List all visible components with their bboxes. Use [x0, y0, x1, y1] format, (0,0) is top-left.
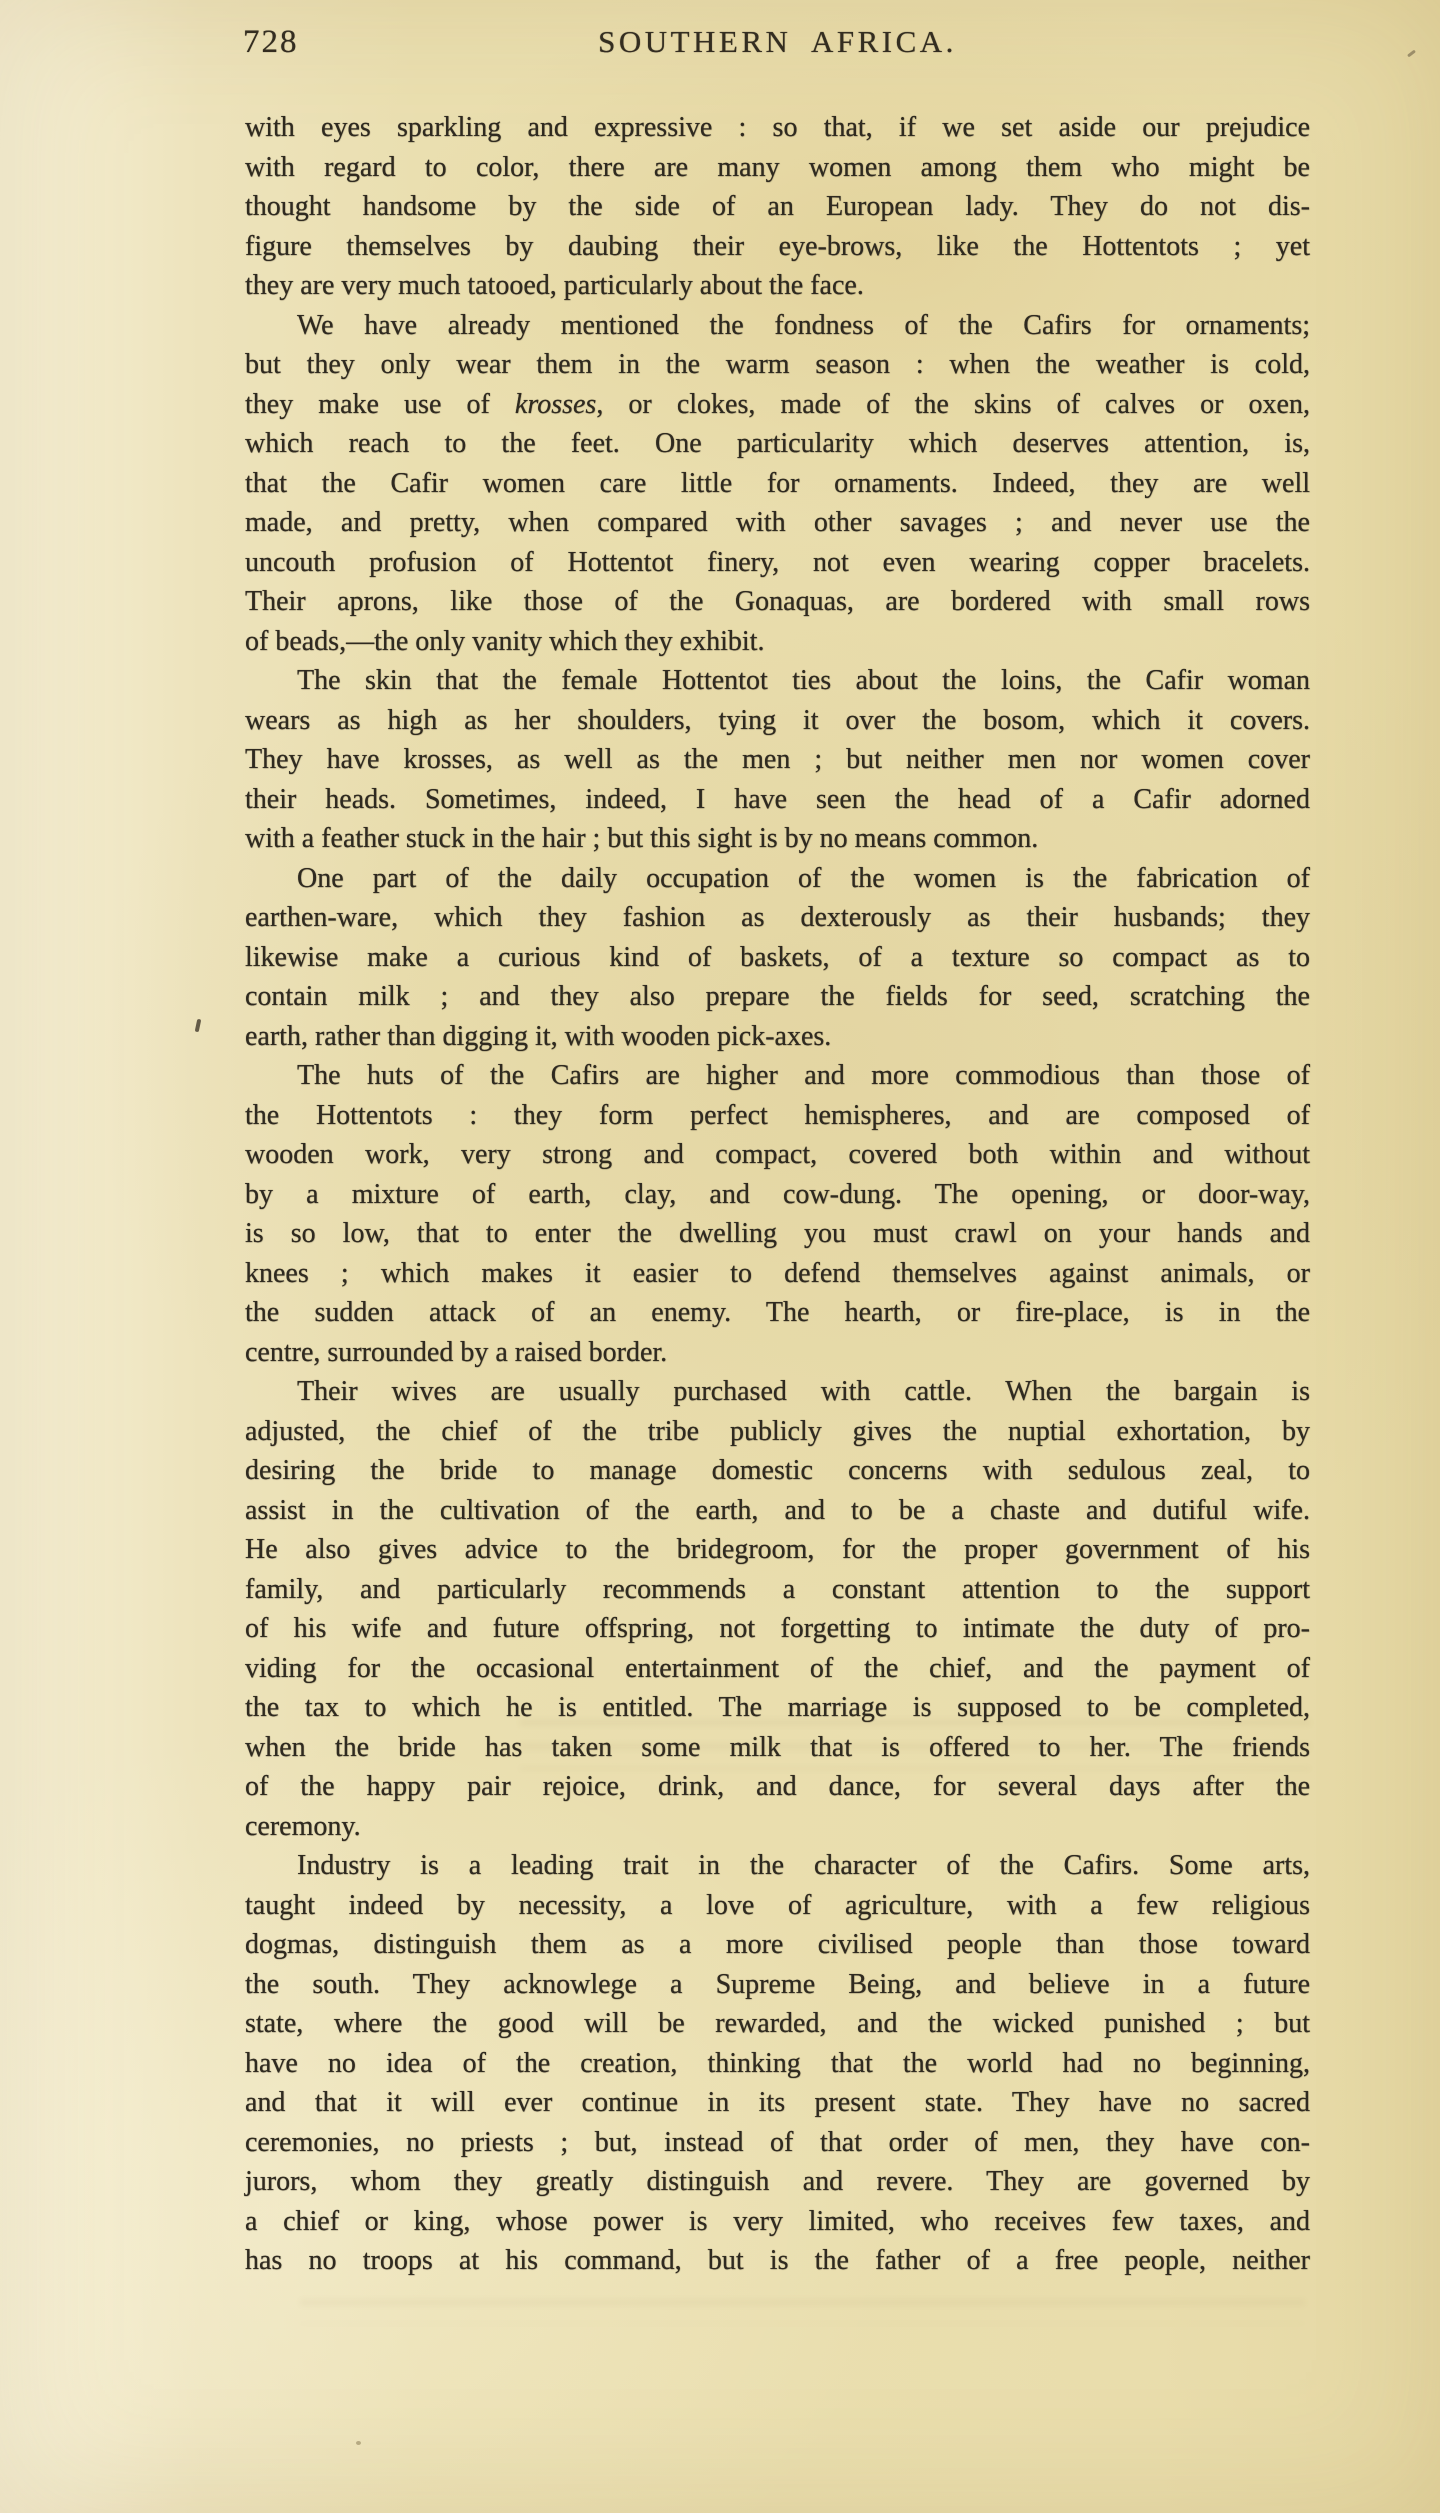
text-line: their heads. Sometimes, indeed, I have s… — [245, 780, 1310, 820]
body-text: with eyes sparkling and expressive : so … — [245, 108, 1310, 2281]
text-line: of the happy pair rejoice, drink, and da… — [245, 1767, 1310, 1807]
text-line: they make use of krosses, or clokes, mad… — [245, 385, 1310, 425]
text-line: He also gives advice to the bridegroom, … — [245, 1530, 1310, 1570]
show-through-smudge — [300, 2292, 1305, 2324]
paragraph: Industry is a leading trait in the chara… — [245, 1846, 1310, 2281]
text-line: that the Cafir women care little for orn… — [245, 464, 1310, 504]
text-line: have no idea of the creation, thinking t… — [245, 2044, 1310, 2084]
text-line: viding for the occasional entertainment … — [245, 1649, 1310, 1689]
text-line: jurors, whom they greatly distinguish an… — [245, 2162, 1310, 2202]
book-page-scan: 728 SOUTHERN AFRICA. with eyes sparkling… — [0, 0, 1440, 2513]
text-line: when the bride has taken some milk that … — [245, 1728, 1310, 1768]
text-line: contain milk ; and they also prepare the… — [245, 977, 1310, 1017]
text-line: figure themselves by daubing their eye-b… — [245, 227, 1310, 267]
text-line: adjusted, the chief of the tribe publicl… — [245, 1412, 1310, 1452]
text-line: of his wife and future offspring, not fo… — [245, 1609, 1310, 1649]
text-line: which reach to the feet. One particulari… — [245, 424, 1310, 464]
text-line: They have krosses, as well as the men ; … — [245, 740, 1310, 780]
text-line: taught indeed by necessity, a love of ag… — [245, 1886, 1310, 1926]
ink-speck — [356, 2441, 361, 2445]
text-line: Their aprons, like those of the Gonaquas… — [245, 582, 1310, 622]
text-line: earth, rather than digging it, with wood… — [245, 1017, 1310, 1057]
ink-speck — [1407, 50, 1416, 58]
paragraph: One part of the daily occupation of the … — [245, 859, 1310, 1057]
text-line: likewise make a curious kind of baskets,… — [245, 938, 1310, 978]
text-line: but they only wear them in the warm seas… — [245, 345, 1310, 385]
text-line: has no troops at his command, but is the… — [245, 2241, 1310, 2281]
text-line: One part of the daily occupation of the … — [245, 859, 1310, 899]
text-line: assist in the cultivation of the earth, … — [245, 1491, 1310, 1531]
text-line: is so low, that to enter the dwelling yo… — [245, 1214, 1310, 1254]
text-line: uncouth profusion of Hottentot finery, n… — [245, 543, 1310, 583]
text-line: of beads,—the only vanity which they exh… — [245, 622, 1310, 662]
text-line: a chief or king, whose power is very lim… — [245, 2202, 1310, 2242]
text-line: the south. They acknowlege a Supreme Bei… — [245, 1965, 1310, 2005]
text-line: dogmas, distinguish them as a more civil… — [245, 1925, 1310, 1965]
text-line: Their wives are usually purchased with c… — [245, 1372, 1310, 1412]
paragraph: The skin that the female Hottentot ties … — [245, 661, 1310, 859]
paragraph: with eyes sparkling and expressive : so … — [245, 108, 1310, 306]
text-line: The huts of the Cafirs are higher and mo… — [245, 1056, 1310, 1096]
paragraph: The huts of the Cafirs are higher and mo… — [245, 1056, 1310, 1372]
text-line: with a feather stuck in the hair ; but t… — [245, 819, 1310, 859]
text-line: centre, surrounded by a raised border. — [245, 1333, 1310, 1373]
text-line: and that it will ever continue in its pr… — [245, 2083, 1310, 2123]
text-line: family, and particularly recommends a co… — [245, 1570, 1310, 1610]
text-line: ceremony. — [245, 1807, 1310, 1847]
text-line: thought handsome by the side of an Europ… — [245, 187, 1310, 227]
ink-speck — [195, 1019, 202, 1033]
text-line: with eyes sparkling and expressive : so … — [245, 108, 1310, 148]
text-line: they are very much tatooed, particularly… — [245, 266, 1310, 306]
text-line: the tax to which he is entitled. The mar… — [245, 1688, 1310, 1728]
text-line: ceremonies, no priests ; but, instead of… — [245, 2123, 1310, 2163]
paragraph: Their wives are usually purchased with c… — [245, 1372, 1310, 1846]
text-line: state, where the good will be rewarded, … — [245, 2004, 1310, 2044]
paragraph: We have already mentioned the fondness o… — [245, 306, 1310, 662]
text-line: earthen-ware, which they fashion as dext… — [245, 898, 1310, 938]
text-line: We have already mentioned the fondness o… — [245, 306, 1310, 346]
text-line: desiring the bride to manage domestic co… — [245, 1451, 1310, 1491]
text-line: wooden work, very strong and compact, co… — [245, 1135, 1310, 1175]
running-title: SOUTHERN AFRICA. — [245, 24, 1310, 60]
text-line: by a mixture of earth, clay, and cow-dun… — [245, 1175, 1310, 1215]
text-line: made, and pretty, when compared with oth… — [245, 503, 1310, 543]
text-line: the sudden attack of an enemy. The heart… — [245, 1293, 1310, 1333]
text-line: Industry is a leading trait in the chara… — [245, 1846, 1310, 1886]
text-line: The skin that the female Hottentot ties … — [245, 661, 1310, 701]
text-line: with regard to color, there are many wom… — [245, 148, 1310, 188]
text-line: knees ; which makes it easier to defend … — [245, 1254, 1310, 1294]
text-line: wears as high as her shoulders, tying it… — [245, 701, 1310, 741]
text-line: the Hottentots : they form perfect hemis… — [245, 1096, 1310, 1136]
